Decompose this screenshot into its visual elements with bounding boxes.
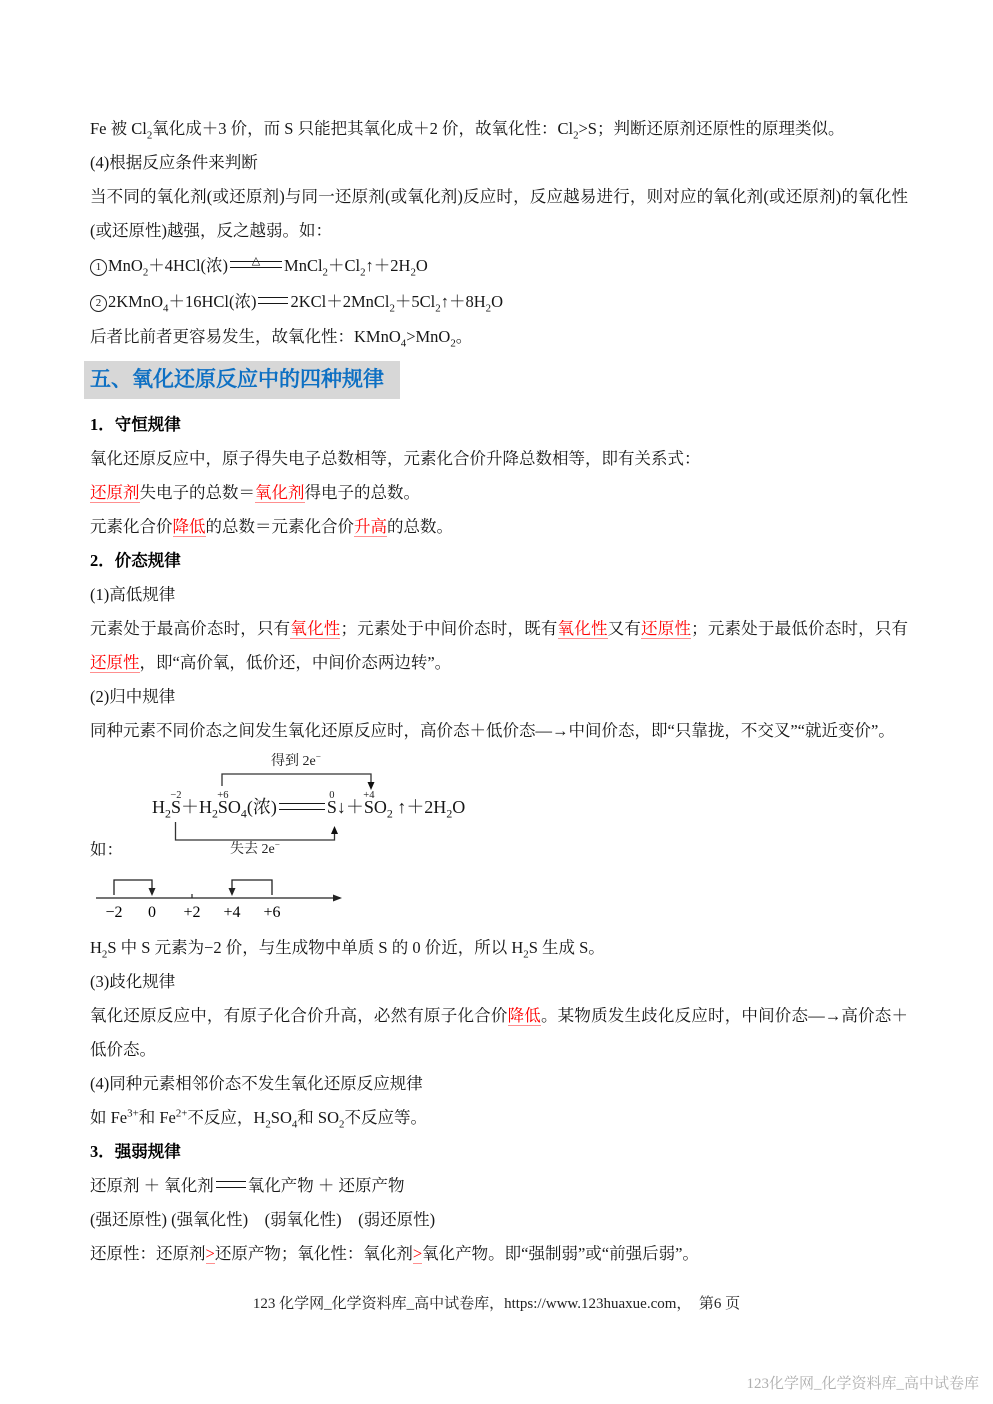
text-run: O bbox=[491, 292, 503, 311]
text-run: >MnO bbox=[406, 327, 450, 346]
gain-electrons-label: 得到 2e− bbox=[216, 754, 376, 770]
delta-heat-symbol: △ bbox=[252, 243, 260, 279]
text-run: 不反应等。 bbox=[344, 1108, 427, 1127]
text-run: 同种元素不同价态之间发生氧化还原反应时，高价态＋低价态—→中间价态，即“只靠拢，… bbox=[90, 721, 895, 740]
rule2-sub2-title: (2)归中规律 bbox=[90, 680, 908, 714]
text-run: ↑＋2H bbox=[393, 797, 447, 817]
red-term-oxidizing: 氧化性 bbox=[290, 619, 340, 639]
text-run: 还原性：还原剂 bbox=[90, 1244, 206, 1263]
superscript: 2+ bbox=[176, 1108, 188, 1120]
text-run: 又有 bbox=[608, 619, 641, 638]
text-run: 2KMnO bbox=[108, 292, 163, 311]
red-term-decrease: 降低 bbox=[173, 517, 206, 537]
rule2-sub1-title: (1)高低规律 bbox=[90, 578, 908, 612]
reaction-double-line bbox=[258, 297, 288, 304]
tick-label: +6 bbox=[263, 904, 280, 921]
text-run: 。 bbox=[456, 327, 473, 346]
text-run: ＋5Cl bbox=[395, 292, 435, 311]
red-greater-than: > bbox=[413, 1244, 422, 1264]
text-run: 还原剂 ＋ 氧化剂 bbox=[90, 1176, 214, 1195]
watermark-text: 123化学网_化学资料库_高中试卷库 bbox=[746, 1376, 979, 1392]
rule2-h2s-paragraph: H2S 中 S 元素为−2 价，与生成物中单质 S 的 0 价近，所以 H2S … bbox=[90, 931, 908, 965]
text-run: ；元素处于中间价态时，既有 bbox=[340, 619, 557, 638]
text-run: 氧化产物。即“强制弱”或“前强后弱”。 bbox=[422, 1244, 699, 1263]
tick-label: +2 bbox=[183, 904, 200, 921]
rule3-template-equation: 还原剂 ＋ 氧化剂氧化产物 ＋ 还原产物 bbox=[90, 1169, 908, 1203]
chemical-equation: H2−2S＋H2+6SO4(浓)0S↓＋+4SO2 ↑＋2H2O bbox=[152, 796, 465, 818]
text-run: >S；判断还原剂还原性的原理类似。 bbox=[579, 119, 845, 138]
rule1-equation-electrons: 还原剂失电子的总数＝氧化剂得电子的总数。 bbox=[90, 476, 908, 510]
text-run: 如 Fe bbox=[90, 1108, 127, 1127]
text-run: ＋Cl bbox=[328, 256, 360, 275]
text-run: (3)歧化规律 bbox=[90, 972, 175, 991]
text-run: O bbox=[416, 256, 428, 275]
red-term-oxidizing: 氧化性 bbox=[558, 619, 608, 639]
text-run: ↑＋8H bbox=[441, 292, 486, 311]
text-run: 2．价态规律 bbox=[90, 551, 181, 570]
text-run: 氧化还原反应中，有原子化合价升高，必然有原子化合价 bbox=[90, 1006, 508, 1025]
rule1-paragraph: 氧化还原反应中，原子得失电子总数相等，元素化合价升降总数相等，即有关系式： bbox=[90, 442, 908, 476]
text-run: (2)归中规律 bbox=[90, 687, 175, 706]
text-run: 后者比前者更容易发生，故氧化性：KMnO bbox=[90, 327, 401, 346]
reaction-double-line bbox=[216, 1181, 246, 1188]
text-run: 2KCl＋2MnCl bbox=[290, 292, 389, 311]
text-run: 的总数。 bbox=[387, 517, 453, 536]
text-run: MnO bbox=[108, 256, 143, 275]
example-diagram-block: 如： 得到 2e− 失去 2e− H2−2S＋H2+6SO4(浓)0S↓＋+4S… bbox=[90, 756, 908, 866]
text-run: 和 SO bbox=[297, 1108, 339, 1127]
text-run: 失电子的总数＝ bbox=[140, 483, 256, 502]
text-run: (1)高低规律 bbox=[90, 585, 175, 604]
charge-label: +4 bbox=[363, 785, 374, 807]
valence-number-line: −2 0 +2 +4 +6 bbox=[94, 868, 908, 927]
text-run: (4)根据反应条件来判断 bbox=[90, 153, 258, 172]
text-run: 元素化合价 bbox=[90, 517, 173, 536]
text-run: ＋H bbox=[181, 797, 212, 817]
superscript-minus: − bbox=[275, 839, 280, 849]
text-run: MnCl bbox=[284, 256, 323, 275]
number-line-svg: −2 0 +2 +4 +6 bbox=[94, 868, 364, 922]
text-run: 的总数＝元素化合价 bbox=[206, 517, 355, 536]
sulfur-atom-plus4: +4S bbox=[364, 796, 374, 818]
rule3-title: 3．强弱规律 bbox=[90, 1135, 908, 1169]
page-footer: 123 化学网_化学资料库_高中试卷库，https://www.123huaxu… bbox=[0, 1292, 993, 1313]
superscript-minus: − bbox=[316, 751, 321, 761]
tick-label: +4 bbox=[223, 904, 240, 921]
tick-label: −2 bbox=[105, 904, 122, 921]
text-run: (强还原性) (强氧化性) (弱氧化性) (弱还原性) bbox=[90, 1210, 435, 1229]
section-heading-wrap: 五、氧化还原反应中的四种规律 bbox=[84, 361, 908, 399]
example-label: 如： bbox=[90, 840, 123, 860]
charge-label: 0 bbox=[329, 785, 334, 807]
circled-number-1: 1 bbox=[90, 259, 107, 276]
rule2-sub3-paragraph: 氧化还原反应中，有原子化合价升高，必然有原子化合价降低。某物质发生歧化反应时，中… bbox=[90, 999, 908, 1067]
text-run: H bbox=[152, 797, 165, 817]
footer-text: 123 化学网_化学资料库_高中试卷库，https://www.123huaxu… bbox=[253, 1296, 740, 1312]
lose-electrons-label: 失去 2e− bbox=[175, 842, 335, 858]
text-run: 得到 2e bbox=[271, 754, 316, 769]
text-run: ↓＋ bbox=[337, 797, 364, 817]
paragraph-conclusion: 后者比前者更容易发生，故氧化性：KMnO4>MnO2。 bbox=[90, 320, 908, 354]
text-run: S 生成 S。 bbox=[529, 938, 605, 957]
text-run: 还原产物；氧化性：氧化剂 bbox=[215, 1244, 413, 1263]
red-term-reducer: 还原剂 bbox=[90, 483, 140, 503]
text-run: 和 Fe bbox=[139, 1108, 176, 1127]
paragraph-rule4-condition: (4)根据反应条件来判断 bbox=[90, 146, 908, 180]
red-term-decrease: 降低 bbox=[508, 1006, 541, 1026]
reaction-electron-transfer-diagram: 得到 2e− 失去 2e− H2−2S＋H2+6SO4(浓)0S↓＋+4SO2 … bbox=[124, 756, 544, 862]
text-run: ，即“高价氧，低价还，中间价态两边转”。 bbox=[140, 653, 452, 672]
rule2-sub1-paragraph: 元素处于最高价态时，只有氧化性；元素处于中间价态时，既有氧化性又有还原性；元素处… bbox=[90, 612, 908, 680]
text-run: ↑＋2H bbox=[366, 256, 411, 275]
text-run: 元素处于最高价态时，只有 bbox=[90, 619, 290, 638]
site-watermark: 123化学网_化学资料库_高中试卷库 bbox=[746, 1372, 979, 1393]
text-run: O bbox=[228, 797, 241, 817]
rule1-title: 1．守恒规律 bbox=[90, 408, 908, 442]
sulfur-atom-plus6: +6S bbox=[218, 796, 228, 818]
text-run: Fe 被 Cl bbox=[90, 119, 147, 138]
circled-number-2: 2 bbox=[90, 295, 107, 312]
rule1-equation-valence: 元素化合价降低的总数＝元素化合价升高的总数。 bbox=[90, 510, 908, 544]
equation-1: 1MnO2＋4HCl(浓)△MnCl2＋Cl2↑＋2H2O bbox=[90, 248, 908, 284]
sulfur-atom-minus2: −2S bbox=[171, 796, 181, 818]
text-run: 氧化还原反应中，原子得失电子总数相等，元素化合价升降总数相等，即有关系式： bbox=[90, 449, 701, 468]
text-run: 氧化产物 ＋ 还原产物 bbox=[248, 1176, 405, 1195]
paragraph-condition-explain: 当不同的氧化剂(或还原剂)与同一还原剂(或氧化剂)反应时，反应越易进行，则对应的… bbox=[90, 180, 908, 248]
rule2-sub3-title: (3)歧化规律 bbox=[90, 965, 908, 999]
charge-label: +6 bbox=[217, 785, 228, 807]
red-term-increase: 升高 bbox=[354, 517, 387, 537]
text-run: SO bbox=[271, 1108, 292, 1127]
document-page: { "colors": { "heading_text": "#0e70c3",… bbox=[0, 0, 993, 1404]
section-heading: 五、氧化还原反应中的四种规律 bbox=[84, 361, 400, 399]
text-run: ；元素处于最低价态时，只有 bbox=[691, 619, 908, 638]
reaction-double-line bbox=[279, 803, 325, 810]
red-term-oxidizer: 氧化剂 bbox=[255, 483, 305, 503]
red-term-reducing: 还原性 bbox=[641, 619, 691, 639]
red-term-reducing: 还原性 bbox=[90, 653, 140, 673]
text-run: ＋16HCl(浓) bbox=[168, 292, 256, 311]
text-run: 1．守恒规律 bbox=[90, 415, 181, 434]
text-run: O bbox=[452, 797, 465, 817]
page-content: Fe 被 Cl2氧化成＋3 价，而 S 只能把其氧化成＋2 价，故氧化性：Cl2… bbox=[90, 112, 908, 1271]
tick-label: 0 bbox=[148, 904, 156, 921]
rule2-title: 2．价态规律 bbox=[90, 544, 908, 578]
text-run: 3．强弱规律 bbox=[90, 1142, 181, 1161]
text-run: ＋4HCl(浓) bbox=[148, 256, 228, 275]
text-run: H bbox=[90, 938, 102, 957]
text-run: (浓) bbox=[247, 797, 277, 817]
paragraph-oxidizing-comparison: Fe 被 Cl2氧化成＋3 价，而 S 只能把其氧化成＋2 价，故氧化性：Cl2… bbox=[90, 112, 908, 146]
rule3-strength-labels: (强还原性) (强氧化性) (弱氧化性) (弱还原性) bbox=[90, 1203, 908, 1237]
sulfur-atom-0: 0S bbox=[327, 796, 337, 818]
text-run: (4)同种元素相邻价态不发生氧化还原反应规律 bbox=[90, 1074, 423, 1093]
text-run: 得电子的总数。 bbox=[305, 483, 421, 502]
red-greater-than: > bbox=[206, 1244, 215, 1264]
text-run: 当不同的氧化剂(或还原剂)与同一还原剂(或氧化剂)反应时，反应越易进行，则对应的… bbox=[90, 187, 908, 240]
text-run: O bbox=[374, 797, 387, 817]
text-run: 不反应，H bbox=[187, 1108, 265, 1127]
rule2-sub4-paragraph: 如 Fe3+和 Fe2+不反应，H2SO4和 SO2不反应等。 bbox=[90, 1101, 908, 1135]
equation-2: 22KMnO4＋16HCl(浓)2KCl＋2MnCl2＋5Cl2↑＋8H2O bbox=[90, 284, 908, 320]
superscript: 3+ bbox=[127, 1108, 139, 1120]
rule2-sub2-paragraph: 同种元素不同价态之间发生氧化还原反应时，高价态＋低价态—→中间价态，即“只靠拢，… bbox=[90, 714, 908, 748]
text-run: 失去 2e bbox=[230, 842, 275, 857]
text-run: S 中 S 元素为−2 价，与生成物中单质 S 的 0 价近，所以 H bbox=[107, 938, 523, 957]
charge-label: −2 bbox=[170, 785, 181, 807]
rule3-comparison: 还原性：还原剂>还原产物；氧化性：氧化剂>氧化产物。即“强制弱”或“前强后弱”。 bbox=[90, 1237, 908, 1271]
rule2-sub4-title: (4)同种元素相邻价态不发生氧化还原反应规律 bbox=[90, 1067, 908, 1101]
text-run: 氧化成＋3 价，而 S 只能把其氧化成＋2 价，故氧化性：Cl bbox=[152, 119, 573, 138]
reaction-double-line-delta: △ bbox=[230, 261, 282, 268]
